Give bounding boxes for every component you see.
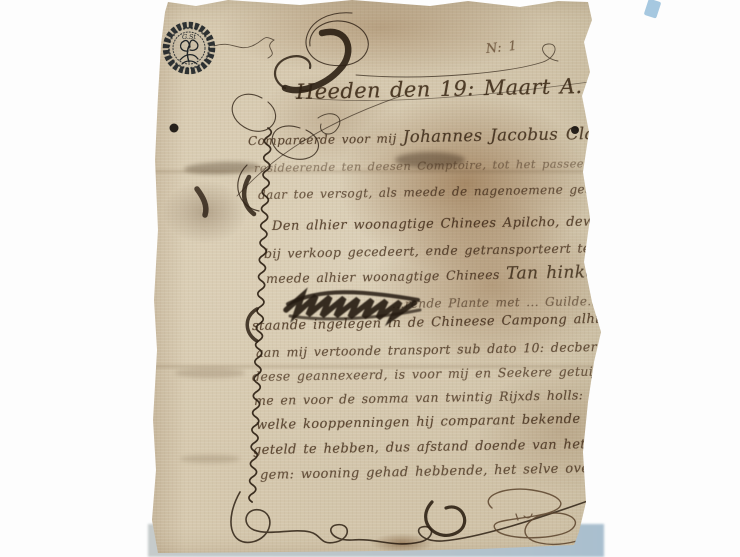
ink-smear (184, 161, 260, 176)
notary-name: Johannes Jacobus Clais (403, 124, 610, 147)
line-price: me en voor de somma van twintig Rijxds h… (254, 386, 666, 408)
line-deed-date: aan mij vertoonde transport sub dato 10:… (256, 338, 661, 360)
manuscript-paper: N: 1 Heeden den 19: Maart A. 1700 Compar… (0, 0, 740, 557)
line-buyer-suffix: , zeekere (596, 264, 660, 280)
line-residence: resideerende ten deesen Comptoire, tot h… (254, 155, 679, 175)
ink-hole-left (170, 124, 179, 133)
line-buyer-prefix: meede alhier woonagtige Chinees (266, 267, 506, 286)
line-buyer: meede alhier woonagtige Chinees Tan hink… (266, 261, 660, 288)
line-comparution-prefix: Compareerde voor mij (248, 131, 403, 148)
line-location: staande ingelegen in de Chineese Campong… (252, 310, 689, 334)
flourish-loop (306, 13, 368, 66)
date-heading: Heeden den 19: Maart A. 1700 (296, 73, 647, 104)
line-struck-through: ...rende Plante met ... Guilde... (392, 294, 600, 311)
buyer-name: Tan hinko (506, 262, 596, 284)
line-seller: Den alhier woonagtige Chinees Apilcho, d… (272, 214, 665, 234)
flourish-loop (232, 94, 275, 131)
line-transfer: bij verkoop gecedeert, ende getransporte… (264, 238, 700, 261)
ink-smear (180, 455, 240, 463)
ink-smear (175, 368, 245, 378)
margin-annotation-squiggle (214, 38, 274, 58)
manuscript-photograph: N: 1 Heeden den 19: Maart A. 1700 Compar… (0, 0, 740, 557)
folio-underline-swash (356, 44, 558, 77)
bottom-flourish-bold-loop (426, 502, 465, 535)
line-witnesses: daar toe versogt, als meede de nagenoeme… (258, 181, 635, 202)
bottom-flourish (231, 492, 602, 544)
line-payment: welke kooppenningen hij comparant bekend… (256, 410, 695, 433)
seal-stamp: G.St (160, 20, 218, 78)
folio-number: N: 1 (485, 39, 518, 57)
ink-blob (197, 189, 206, 215)
blue-backing-sliver (644, 0, 662, 19)
line-closing: gem: wooning gehad hebbende, het selve o… (260, 458, 740, 483)
line-renunciation: geteld te hebben, dus afstand doende van… (253, 434, 740, 458)
line-comparution: Compareerde voor mij Johannes Jacobus Cl… (248, 124, 610, 149)
ink-accent (244, 177, 254, 214)
